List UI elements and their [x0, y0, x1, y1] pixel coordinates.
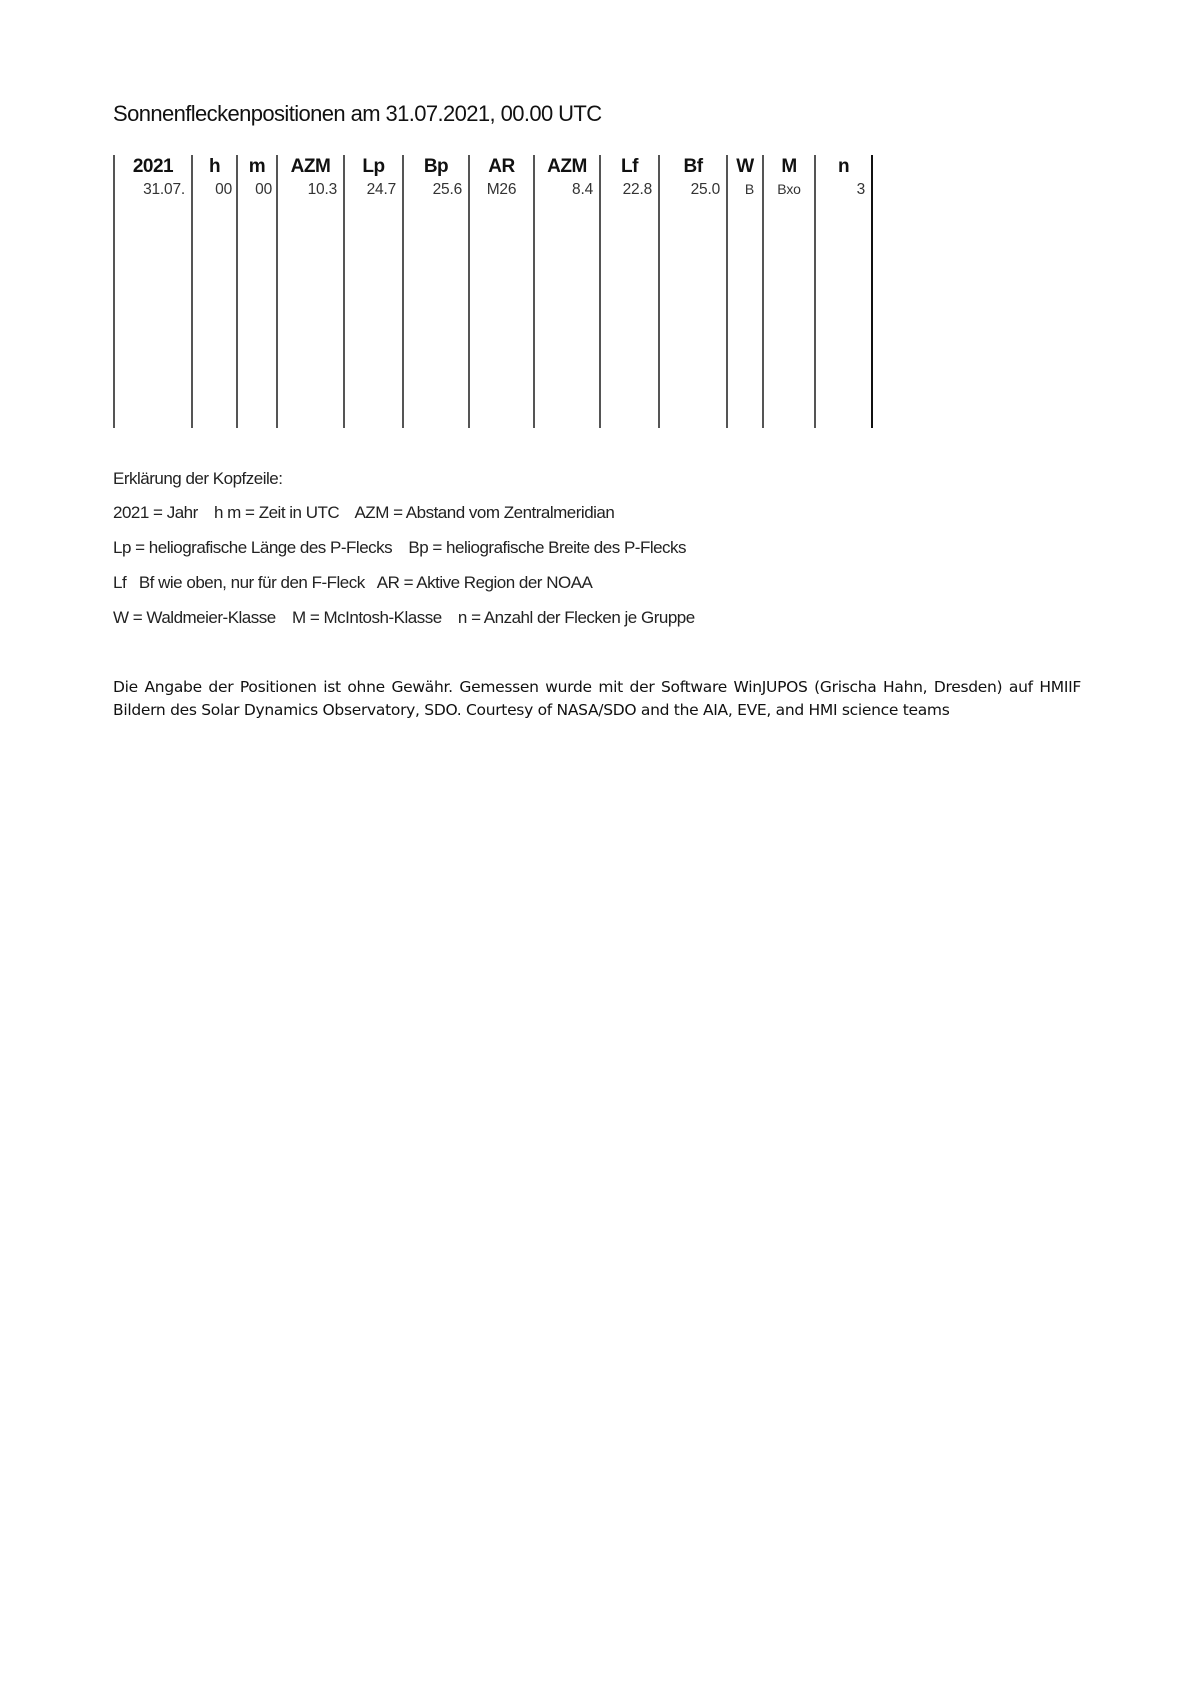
- header-azm-f: AZM: [535, 156, 599, 178]
- legend-azm: AZM = Abstand vom Zentralmeridian: [354, 503, 614, 522]
- header-mcintosh: M: [764, 156, 814, 178]
- column-bf: Bf 25.0: [658, 155, 726, 428]
- legend-line-3: Lf Bf wie oben, nur für den F-FleckAR = …: [113, 573, 592, 593]
- column-hour: h 00: [191, 155, 236, 428]
- legend-line-1: 2021 = Jahr h m = Zeit in UTC AZM = Abst…: [113, 503, 614, 523]
- legend-mcintosh: M = McIntosh-Klasse: [292, 608, 442, 627]
- cell-waldmeier: B: [745, 181, 754, 197]
- cell-minute: 00: [255, 181, 272, 199]
- header-count: n: [816, 156, 871, 178]
- legend-bp: Bp = heliografische Breite des P-Flecks: [408, 538, 686, 557]
- disclaimer-paragraph: Die Angabe der Positionen ist ohne Gewäh…: [113, 676, 1081, 721]
- header-minute: m: [238, 156, 276, 178]
- header-bp: Bp: [404, 156, 468, 178]
- legend-ar: AR = Aktive Region der NOAA: [377, 573, 593, 592]
- header-azm-p: AZM: [278, 156, 343, 178]
- cell-azm-f: 8.4: [572, 181, 593, 199]
- legend-line-2: Lp = heliografische Länge des P-Flecks B…: [113, 538, 686, 558]
- legend-lf-bf: Lf Bf wie oben, nur für den F-Fleck: [113, 573, 365, 592]
- column-minute: m 00: [236, 155, 276, 428]
- header-year: 2021: [115, 156, 191, 178]
- column-bp: Bp 25.6: [402, 155, 468, 428]
- cell-azm-p: 10.3: [308, 181, 337, 199]
- column-azm-f: AZM 8.4: [533, 155, 599, 428]
- header-lp: Lp: [345, 156, 402, 178]
- page-title: Sonnenfleckenpositionen am 31.07.2021, 0…: [113, 101, 602, 127]
- legend-waldmeier: W = Waldmeier-Klasse: [113, 608, 276, 627]
- header-lf: Lf: [601, 156, 658, 178]
- column-waldmeier: W B: [726, 155, 762, 428]
- cell-ar: M26: [470, 181, 533, 199]
- header-hour: h: [193, 156, 236, 178]
- cell-lp: 24.7: [367, 181, 396, 199]
- cell-date: 31.07.: [143, 181, 185, 199]
- cell-lf: 22.8: [623, 181, 652, 199]
- cell-bf: 25.0: [691, 181, 720, 199]
- legend-year: 2021 = Jahr: [113, 503, 198, 522]
- header-waldmeier: W: [728, 156, 762, 178]
- column-count: n 3: [814, 155, 873, 428]
- cell-bp: 25.6: [433, 181, 462, 199]
- column-lf: Lf 22.8: [599, 155, 658, 428]
- cell-count: 3: [857, 181, 865, 199]
- header-bf: Bf: [660, 156, 726, 178]
- legend-heading: Erklärung der Kopfzeile:: [113, 469, 282, 489]
- header-ar: AR: [470, 156, 533, 178]
- cell-hour: 00: [215, 181, 232, 199]
- column-year: 2021 31.07.: [113, 155, 191, 428]
- cell-mcintosh: Bxo: [764, 181, 814, 197]
- column-mcintosh: M Bxo: [762, 155, 814, 428]
- column-azm-p: AZM 10.3: [276, 155, 343, 428]
- column-lp: Lp 24.7: [343, 155, 402, 428]
- legend-count: n = Anzahl der Flecken je Gruppe: [458, 608, 695, 627]
- legend-line-4: W = Waldmeier-Klasse M = McIntosh-Klasse…: [113, 608, 695, 628]
- legend-time: h m = Zeit in UTC: [214, 503, 339, 522]
- legend-lp: Lp = heliografische Länge des P-Flecks: [113, 538, 392, 557]
- column-ar: AR M26: [468, 155, 533, 428]
- sunspot-positions-table: 2021 31.07. h 00 m 00 AZM 10.3 Lp 24.7 B…: [113, 155, 873, 428]
